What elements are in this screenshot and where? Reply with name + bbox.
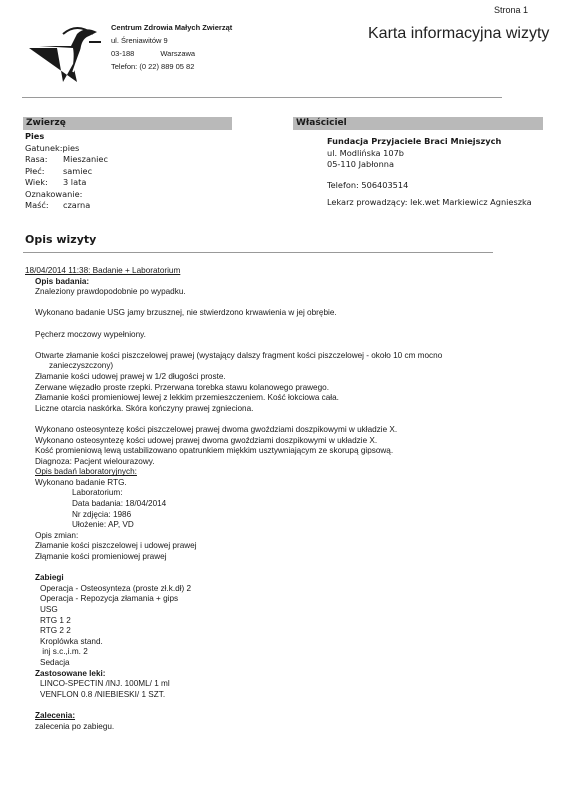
visit-heading: 18/04/2014 11:38: Badanie + Laboratorium xyxy=(25,266,555,277)
owner-name: Fundacja Przyjaciele Braci Mniejszych xyxy=(327,136,532,148)
procedure-item: Kroplówka stand. xyxy=(40,637,555,648)
animal-section-header: Zwierzę xyxy=(23,117,232,130)
lab-photo-number: Nr zdjęcia: 1986 xyxy=(35,510,555,521)
owner-phone: Telefon: 506403514 xyxy=(327,180,532,192)
exam-line: Wykonano osteosyntezę kości piszczelowej… xyxy=(35,425,555,436)
header-divider xyxy=(22,97,502,98)
lab-position: Ułożenie: AP, VD xyxy=(35,520,555,531)
procedure-item: Sedacja xyxy=(40,658,555,669)
document-title: Karta informacyjna wizyty xyxy=(368,25,549,43)
lab-date: Data badania: 18/04/2014 xyxy=(35,499,555,510)
clinic-street: ul. Śreniawitów 9 xyxy=(111,34,232,47)
clinic-city: Warszawa xyxy=(160,49,195,58)
lab-rtg: Wykonano badanie RTG. xyxy=(35,478,555,489)
drug-item: VENFLON 0.8 /NIEBIESKI/ 1 SZT. xyxy=(40,690,555,701)
procedure-item: Operacja - Repozycja złamania + gips xyxy=(40,594,555,605)
exam-label: Opis badania: xyxy=(25,277,555,288)
exam-line: Liczne otarcia naskórka. Skóra kończyny … xyxy=(35,404,555,415)
attending-doctor: Lekarz prowadzący: lek.wet Markiewicz Ag… xyxy=(327,197,532,209)
breed-label: Rasa: xyxy=(25,154,63,166)
exam-line: Kość promieniową lewą ustabilizowano opa… xyxy=(35,446,555,457)
animal-info: Pies Gatunek:pies Rasa:Mieszaniec Płeć:s… xyxy=(25,131,108,212)
procedure-item: USG xyxy=(40,605,555,616)
lab-title: Laboratorium: xyxy=(35,488,555,499)
clinic-postcode: 03-188 xyxy=(111,49,134,58)
procedure-item: RTG 2 2 xyxy=(40,626,555,637)
age-value: 3 lata xyxy=(63,177,86,187)
color-label: Maść: xyxy=(25,200,63,212)
clinic-info: Centrum Zdrowia Małych Zwierząt ul. Śren… xyxy=(111,21,232,73)
visit-section-title: Opis wizyty xyxy=(25,233,96,246)
clinic-phone: Telefon: (0 22) 889 05 82 xyxy=(111,60,232,73)
exam-line: Złamanie kości promieniowej lewej z lekk… xyxy=(35,393,555,404)
drugs-list: LINCO-SPECTIN /INJ. 100ML/ 1 ml VENFLON … xyxy=(25,679,555,700)
exam-description: Znaleziony prawdopodobnie po wypadku. Wy… xyxy=(25,287,555,573)
species-value: pies xyxy=(63,143,80,153)
owner-section-header: Właściciel xyxy=(293,117,543,130)
species-label: Gatunek: xyxy=(25,143,63,153)
exam-line: Wykonano osteosyntezę kości udowej prawe… xyxy=(35,436,555,447)
change-line: Złamanie kości piszczelowej i udowej pra… xyxy=(35,541,555,552)
clinic-name: Centrum Zdrowia Małych Zwierząt xyxy=(111,21,232,34)
changes-label: Opis zmian: xyxy=(35,531,555,542)
visit-details: 18/04/2014 11:38: Badanie + Laboratorium… xyxy=(25,266,555,732)
procedure-item: Operacja - Osteosynteza (proste zł.k.dł)… xyxy=(40,584,555,595)
bird-v-logo-icon xyxy=(27,24,103,90)
age-label: Wiek: xyxy=(25,177,63,189)
owner-street: ul. Modlińska 107b xyxy=(327,148,532,160)
owner-info: Fundacja Przyjaciele Braci Mniejszych ul… xyxy=(327,136,532,209)
animal-name: Pies xyxy=(25,131,108,143)
exam-line: Wykonano badanie USG jamy brzusznej, nie… xyxy=(35,308,555,319)
marking-label: Oznakowanie: xyxy=(25,189,108,201)
page-number: Strona 1 xyxy=(494,5,528,15)
exam-line: Otwarte złamanie kości piszczelowej praw… xyxy=(35,351,555,362)
exam-line: Złamanie kości udowej prawej w 1/2 długo… xyxy=(35,372,555,383)
diagnosis: Diagnoza: Pacjent wielourazowy. xyxy=(35,457,555,468)
owner-city: 05-110 Jabłonna xyxy=(327,159,532,171)
drugs-label: Zastosowane leki: xyxy=(25,669,555,680)
visit-divider xyxy=(23,252,493,253)
drug-item: LINCO-SPECTIN /INJ. 100ML/ 1 ml xyxy=(40,679,555,690)
recommendations-text: zalecenia po zabiegu. xyxy=(25,722,555,733)
change-line: Złąmanie kości promieniowej prawej xyxy=(35,552,555,563)
exam-line: Znaleziony prawdopodobnie po wypadku. xyxy=(35,287,555,298)
breed-value: Mieszaniec xyxy=(63,154,108,164)
exam-line: zanieczyszczony) xyxy=(35,361,555,372)
sex-value: samiec xyxy=(63,166,92,176)
recommendations-label: Zalecenia: xyxy=(25,711,555,722)
procedure-item: inj s.c.,i.m. 2 xyxy=(40,647,555,658)
procedure-item: RTG 1 2 xyxy=(40,616,555,627)
lab-label: Opis badań laboratoryjnych: xyxy=(35,467,555,478)
sex-label: Płeć: xyxy=(25,166,63,178)
procedures-label: Zabiegi xyxy=(25,573,555,584)
exam-line: Pęcherz moczowy wypełniony. xyxy=(35,330,555,341)
procedures-list: Operacja - Osteosynteza (proste zł.k.dł)… xyxy=(25,584,555,669)
color-value: czarna xyxy=(63,200,90,210)
exam-line: Zerwane więzadło proste rzepki. Przerwan… xyxy=(35,383,555,394)
